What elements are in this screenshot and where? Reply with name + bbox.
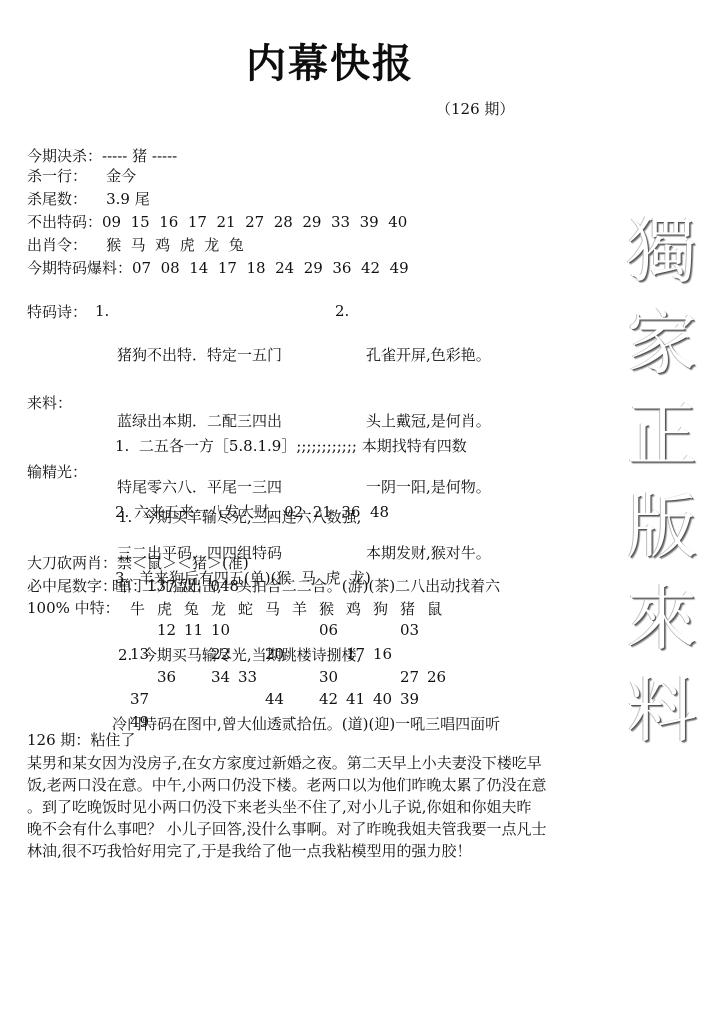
zodiac-number-cell: 44 — [265, 690, 292, 708]
blade-label: 大刀砍两肖： — [27, 554, 117, 572]
tips-label: 来料： — [27, 393, 72, 413]
zodiac-header-cell: 马 — [265, 598, 292, 619]
poem-label: 特码诗： — [27, 302, 87, 322]
summary-line-zodiac-out: 出肖令： 猴 马 鸡 虎 龙 兔 — [27, 235, 244, 255]
blade-value: 禁＜鼠＞＜猪＞(准) — [117, 554, 249, 572]
summary-value: ----- 猪 ----- — [102, 147, 177, 165]
watermark-exclusive-genuine: 獨 家 正 版 來 料 — [612, 205, 712, 757]
zodiac-number-cell: 17 — [346, 645, 373, 663]
zodiac-number-cell: 36 — [157, 668, 184, 686]
zodiac-table-label: 100% 中特： — [27, 598, 120, 618]
zodiac-header-cell: 蛇 — [238, 598, 265, 619]
watermark-char: 家 — [612, 297, 712, 389]
zodiac-header-cell: 兔 — [184, 598, 211, 619]
zodiac-header-cell: 猴 — [319, 598, 346, 619]
zodiac-number-cell: 03 — [400, 621, 427, 639]
zodiac-number-cell: 42 — [319, 690, 346, 708]
story-line: 晚不会有什么事吧？ 小儿子回答,没什么事啊。对了昨晚我姐夫管我要一点凡士 — [27, 818, 607, 840]
zodiac-table: 牛虎兔龙蛇马羊猴鸡狗猪鼠1211100603132220171636343330… — [130, 598, 460, 728]
zodiac-number-cell: 34 — [211, 668, 238, 686]
summary-line-kill: 今期决杀：----- 猪 ----- — [27, 146, 177, 166]
summary-label: 今期决杀： — [27, 147, 102, 165]
zodiac-header-cell: 龙 — [211, 598, 238, 619]
zodiac-number-cell: 16 — [373, 645, 400, 663]
zodiac-header-cell: 羊 — [292, 598, 319, 619]
zodiac-number-cell: 13 — [130, 645, 157, 663]
summary-value: 猴 马 鸡 虎 龙 兔 — [87, 236, 244, 254]
zodiac-number-cell: 11 — [184, 621, 211, 639]
lose-line: 1. 今期买羊输尽光,三四连六八数强, — [112, 506, 500, 529]
summary-line-kill-row: 杀一行： 金今 — [27, 166, 136, 186]
watermark-char: 來 — [612, 573, 712, 665]
story-heading: 126 期：粘住了 — [27, 730, 135, 750]
zodiac-number-cell: 41 — [346, 690, 373, 708]
zodiac-number-cell: 30 — [319, 668, 346, 686]
poem-part1-num: 1. — [95, 300, 109, 322]
summary-label: 杀尾数： — [27, 190, 87, 208]
summary-value: 3.9 尾 — [87, 190, 150, 208]
zodiac-number-cell: 22 — [211, 645, 238, 663]
story-line: 林油,很不巧我恰好用完了,于是我给了他一点我粘模型用的强力胶！ — [27, 840, 607, 862]
summary-line-kill-tail: 杀尾数： 3.9 尾 — [27, 189, 150, 209]
zodiac-number-cell: 20 — [265, 645, 292, 663]
summary-line-leak: 今期特码爆料：07 08 14 17 18 24 29 36 42 49 — [27, 258, 409, 278]
story-line: 某男和某女因为没房子,在女方家度过新婚之夜。第二天早上小夫妻没下楼吃早 — [27, 752, 607, 774]
zodiac-number-cell: 12 — [157, 621, 184, 639]
watermark-char: 正 — [612, 389, 712, 481]
poem-part2-num: 2. — [335, 300, 349, 322]
zodiac-header-cell: 猪 — [400, 598, 427, 619]
zodiac-number-cell: 06 — [319, 621, 346, 639]
summary-label: 出肖令： — [27, 236, 87, 254]
zodiac-number-cell: 49 — [130, 713, 157, 731]
lose-label: 输精光： — [27, 462, 87, 482]
poem-line: 孔雀开屏,色彩艳。 — [366, 344, 491, 366]
zodiac-number-cell: 37 — [130, 690, 157, 708]
zodiac-header-cell: 狗 — [373, 598, 400, 619]
zodiac-number-cell: 26 — [427, 668, 454, 686]
story-line: 饭,老两口没在意。中午,小两口仍没下楼。老两口以为他们昨晚太累了仍没在意 — [27, 774, 607, 796]
zodiac-number-cell: 27 — [400, 668, 427, 686]
watermark-char: 料 — [612, 665, 712, 757]
tail-label: 必中尾数字： — [27, 577, 117, 595]
zodiac-number-cell: 40 — [373, 690, 400, 708]
tail-line: 必中尾数字：单：137 双：048 — [27, 576, 239, 596]
summary-value: 07 08 14 17 18 24 29 36 42 49 — [132, 259, 409, 277]
zodiac-number-cell: 33 — [238, 668, 265, 686]
summary-line-not-out: 不出特码：09 15 16 17 21 27 28 29 33 39 40 — [27, 212, 407, 232]
page-title: 内幕快报 — [246, 32, 414, 89]
summary-value: 09 15 16 17 21 27 28 29 33 39 40 — [102, 213, 407, 231]
zodiac-header-cell: 虎 — [157, 598, 184, 619]
zodiac-number-cell: 10 — [211, 621, 238, 639]
summary-value: 金今 — [87, 167, 136, 185]
watermark-char: 獨 — [612, 205, 712, 297]
issue-number: （126 期） — [436, 98, 514, 119]
zodiac-number-cell: 39 — [400, 690, 427, 708]
story-line: 。到了吃晚饭时见小两口仍没下来老头坐不住了,对小儿子说,你姐和你姐夫昨 — [27, 796, 607, 818]
poem-line: 猪狗不出特．特定一五门 — [117, 344, 282, 366]
watermark-char: 版 — [612, 481, 712, 573]
zodiac-header-cell: 鸡 — [346, 598, 373, 619]
tail-value: 单：137 双：048 — [117, 577, 239, 595]
blade-line: 大刀砍两肖：禁＜鼠＞＜猪＞(准) — [27, 553, 249, 573]
zodiac-header-cell: 鼠 — [427, 598, 454, 619]
summary-label: 不出特码： — [27, 213, 102, 231]
zodiac-header-cell: 牛 — [130, 598, 157, 619]
tip-item: 1. 二五各一方［5.8.1.9］;;;;;;;;;;;; 本期找特有四数 — [115, 435, 467, 457]
summary-label: 今期特码爆料： — [27, 259, 132, 277]
story-body: 某男和某女因为没房子,在女方家度过新婚之夜。第二天早上小夫妻没下楼吃早 饭,老两… — [27, 752, 607, 862]
summary-label: 杀一行： — [27, 167, 87, 185]
